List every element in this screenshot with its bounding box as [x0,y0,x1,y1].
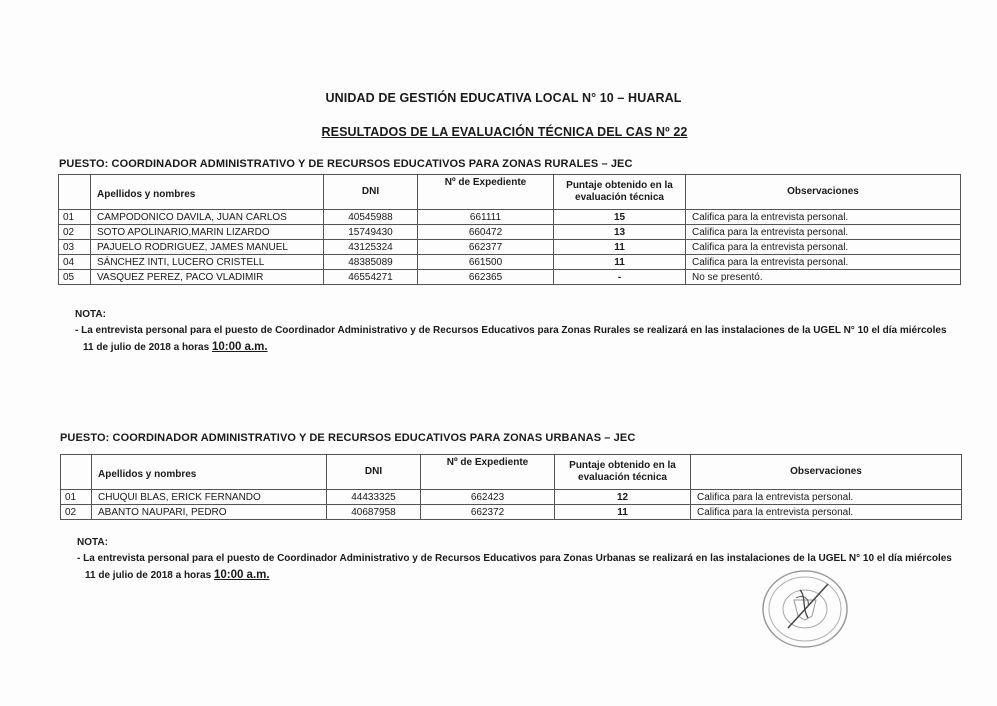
col-puntaje-header: Puntaje obtenido en la evaluación técnic… [555,455,691,490]
expediente-cell: 660472 [418,225,554,240]
nota-text: - La entrevista personal para el puesto … [77,551,952,567]
col-name-header: Apellidos y nombres [92,455,327,490]
row-number: 01 [61,490,92,505]
score-cell: 12 [555,490,691,505]
applicant-name: VASQUEZ PEREZ, PACO VLADIMIR [91,270,324,285]
observacion-cell: Califica para la entrevista personal. [686,240,961,255]
table-row: 05VASQUEZ PEREZ, PACO VLADIMIR4655427166… [59,270,961,285]
score-cell: 11 [554,240,686,255]
dni-cell: 48385089 [324,255,418,270]
col-dni-header: DNI [324,175,418,210]
results-subtitle: RESULTADOS DE LA EVALUACIÓN TÉCNICA DEL … [6,125,997,139]
applicant-name: SÁNCHEZ INTI, LUCERO CRISTELL [91,255,324,270]
table-row: 01CAMPODONICO DAVILA, JUAN CARLOS4054598… [59,210,961,225]
applicant-name: SOTO APOLINARIO,MARIN LIZARDO [91,225,324,240]
col-observaciones-header: Observaciones [686,175,961,210]
institution-title: UNIDAD DE GESTIÓN EDUCATIVA LOCAL N° 10 … [5,91,997,105]
col-puntaje-header: Puntaje obtenido en la evaluación técnic… [554,175,686,210]
row-number: 04 [59,255,91,270]
table-row: 02SOTO APOLINARIO,MARIN LIZARDO157494306… [59,225,961,240]
col-num-header [61,455,92,490]
applicant-name: PAJUELO RODRIGUEZ, JAMES MANUEL [91,240,324,255]
observacion-cell: Califica para la entrevista personal. [686,255,961,270]
row-number: 02 [61,505,92,520]
nota-time: 10:00 a.m. [212,341,268,353]
results-table-rurales: Apellidos y nombres DNI Nº de Expediente… [58,174,961,285]
dni-cell: 46554271 [324,270,418,285]
observacion-cell: Califica para la entrevista personal. [691,505,962,520]
expediente-cell: 662377 [418,240,554,255]
observacion-cell: No se presentó. [686,270,961,285]
row-number: 03 [59,240,91,255]
expediente-cell: 661111 [418,210,554,225]
table-header-row: Apellidos y nombres DNI Nº de Expediente… [61,455,962,490]
row-number: 02 [59,225,91,240]
dni-cell: 40687958 [327,505,421,520]
dni-cell: 40545988 [324,210,418,225]
table-row: 01CHUQUI BLAS, ERICK FERNANDO44433325662… [61,490,962,505]
col-observaciones-header: Observaciones [691,455,962,490]
table-row: 03PAJUELO RODRIGUEZ, JAMES MANUEL4312532… [59,240,961,255]
score-cell: 13 [554,225,686,240]
nota-label: NOTA: [77,535,952,551]
expediente-cell: 662365 [418,270,554,285]
dni-cell: 15749430 [324,225,418,240]
col-name-header: Apellidos y nombres [91,175,324,210]
nota-date-line: 11 de julio de 2018 a horas 10:00 a.m. [75,339,947,356]
applicant-name: CAMPODONICO DAVILA, JUAN CARLOS [91,210,324,225]
nota-label: NOTA: [75,307,947,323]
expediente-cell: 661500 [418,255,554,270]
col-num-header [59,175,91,210]
official-seal-icon [760,568,850,650]
expediente-cell: 662372 [421,505,555,520]
applicant-name: CHUQUI BLAS, ERICK FERNANDO [92,490,327,505]
dni-cell: 43125324 [324,240,418,255]
table-row: 02ABANTO NAUPARI, PEDRO4068795866237211C… [61,505,962,520]
puesto-rurales-heading: PUESTO: COORDINADOR ADMINISTRATIVO Y DE … [59,158,633,170]
puesto-urbanas-heading: PUESTO: COORDINADOR ADMINISTRATIVO Y DE … [60,432,635,444]
row-number: 05 [59,270,91,285]
table-row: 04SÁNCHEZ INTI, LUCERO CRISTELL483850896… [59,255,961,270]
nota-date: 11 de julio de 2018 a horas [83,342,212,353]
nota-time: 10:00 a.m. [214,569,270,581]
nota-rurales: NOTA: - La entrevista personal para el p… [75,307,947,356]
applicant-name: ABANTO NAUPARI, PEDRO [92,505,327,520]
score-cell: 11 [554,255,686,270]
row-number: 01 [59,210,91,225]
expediente-cell: 662423 [421,490,555,505]
observacion-cell: Califica para la entrevista personal. [686,210,961,225]
observacion-cell: Califica para la entrevista personal. [686,225,961,240]
score-cell: - [554,270,686,285]
col-expediente-header: Nº de Expediente [421,455,555,490]
score-cell: 15 [554,210,686,225]
results-table-urbanas: Apellidos y nombres DNI Nº de Expediente… [60,454,962,520]
nota-date: 11 de julio de 2018 a horas [85,570,214,581]
dni-cell: 44433325 [327,490,421,505]
document-page: UNIDAD DE GESTIÓN EDUCATIVA LOCAL N° 10 … [0,0,997,706]
nota-text: - La entrevista personal para el puesto … [75,323,947,339]
col-dni-header: DNI [327,455,421,490]
score-cell: 11 [555,505,691,520]
col-expediente-header: Nº de Expediente [418,175,554,210]
observacion-cell: Califica para la entrevista personal. [691,490,962,505]
table-header-row: Apellidos y nombres DNI Nº de Expediente… [59,175,961,210]
